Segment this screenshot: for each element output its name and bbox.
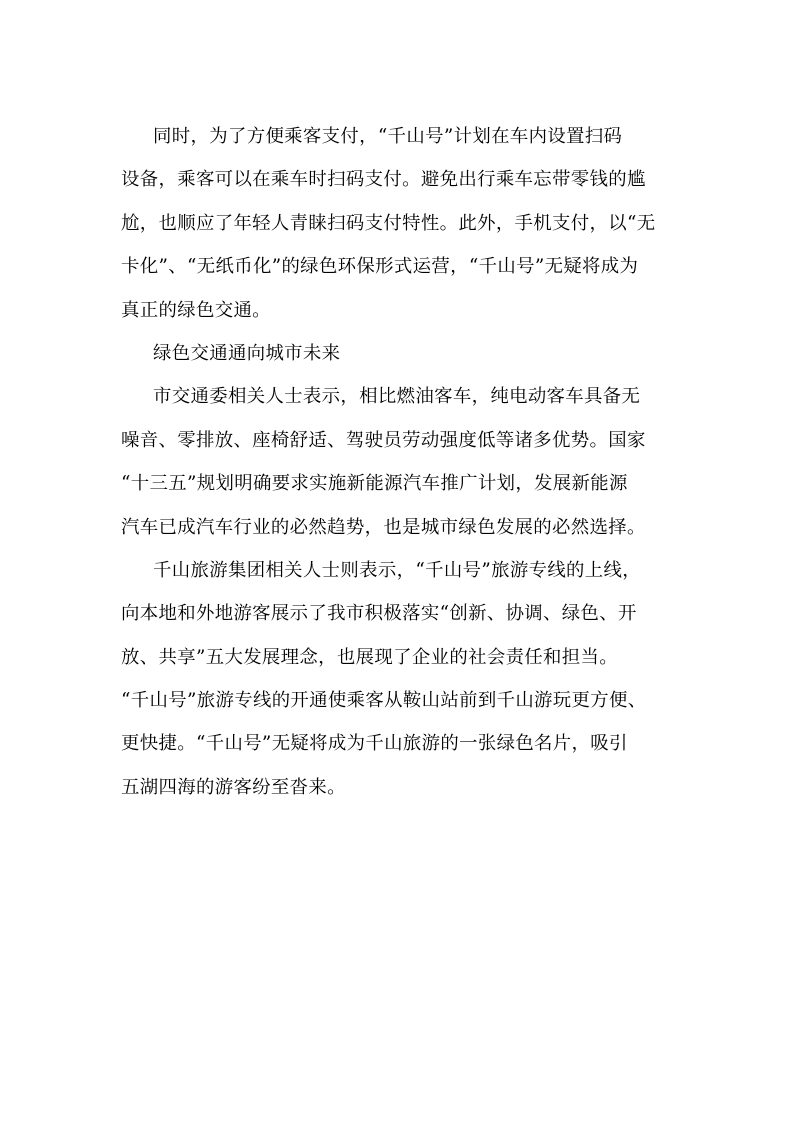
text-line: 尬，也顺应了年轻人青睐扫码支付特性。此外，手机支付，以“无 [121,211,681,254]
heading-text: 绿色交通通向城市未来 [121,341,681,384]
text-line: 五湖四海的游客纷至沓来。 [121,775,681,818]
text-line: 向本地和外地游客展示了我市积极落实“创新、协调、绿色、开 [121,601,681,644]
text-line: 千山旅游集团相关人士则表示，“千山号”旅游专线的上线， [121,558,681,601]
text-line: 设备，乘客可以在乘车时扫码支付。避免出行乘车忘带零钱的尴 [121,167,681,210]
paragraph-scan-payment: 同时，为了方便乘客支付，“千山号”计划在车内设置扫码 设备，乘客可以在乘车时扫码… [121,124,681,341]
section-heading: 绿色交通通向城市未来 [121,341,681,384]
text-line: 汽车已成汽车行业的必然趋势，也是城市绿色发展的必然选择。 [121,515,681,558]
paragraph-transport-commission: 市交通委相关人士表示，相比燃油客车，纯电动客车具备无 噪音、零排放、座椅舒适、驾… [121,384,681,558]
text-line: 噪音、零排放、座椅舒适、驾驶员劳动强度低等诸多优势。国家 [121,428,681,471]
text-line: 市交通委相关人士表示，相比燃油客车，纯电动客车具备无 [121,384,681,427]
document-body: 同时，为了方便乘客支付，“千山号”计划在车内设置扫码 设备，乘客可以在乘车时扫码… [121,124,681,818]
text-line: “千山号”旅游专线的开通使乘客从鞍山站前到千山游玩更方便、 [121,688,681,731]
document-page: 同时，为了方便乘客支付，“千山号”计划在车内设置扫码 设备，乘客可以在乘车时扫码… [0,0,793,1122]
text-line: 更快捷。“千山号”无疑将成为千山旅游的一张绿色名片，吸引 [121,731,681,774]
text-line: 卡化”、“无纸币化”的绿色环保形式运营，“千山号”无疑将成为 [121,254,681,297]
text-line: 放、共享”五大发展理念，也展现了企业的社会责任和担当。 [121,645,681,688]
paragraph-tourism-group: 千山旅游集团相关人士则表示，“千山号”旅游专线的上线， 向本地和外地游客展示了我… [121,558,681,818]
text-line: “十三五”规划明确要求实施新能源汽车推广计划，发展新能源 [121,471,681,514]
text-line: 真正的绿色交通。 [121,298,681,341]
text-line: 同时，为了方便乘客支付，“千山号”计划在车内设置扫码 [121,124,681,167]
